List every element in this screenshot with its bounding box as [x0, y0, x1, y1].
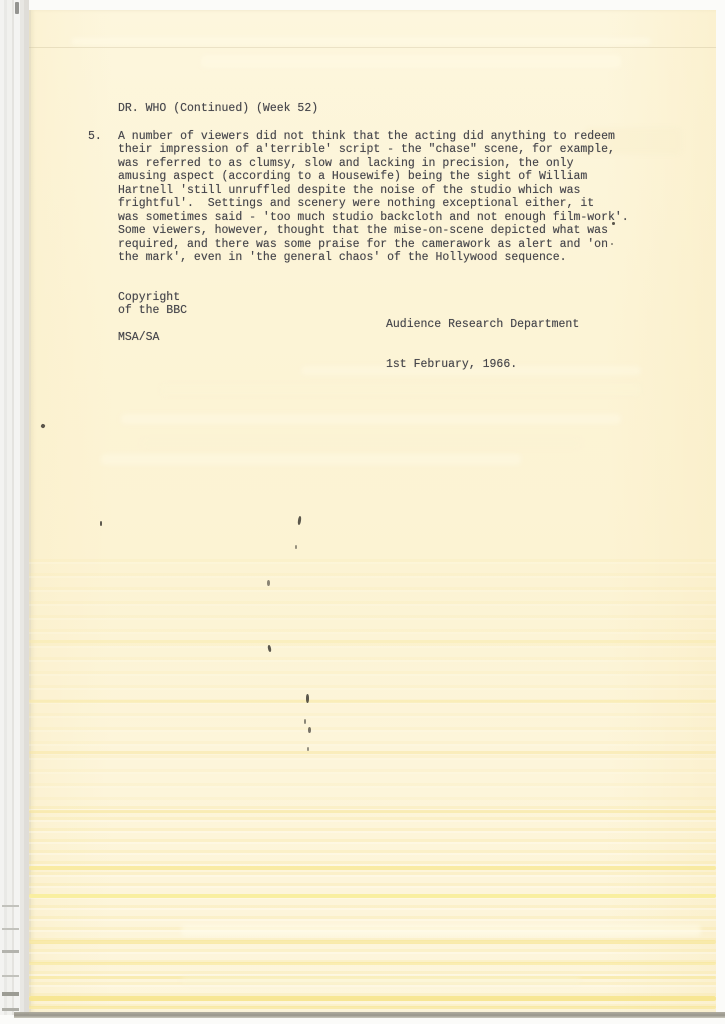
scanned-document-page: DR. WHO (Continued) (Week 52) 5. A numbe…: [0, 0, 725, 1024]
ghost-text-band: [201, 55, 621, 68]
scanner-tick: [2, 928, 19, 930]
ghost-text-band: [101, 454, 521, 465]
ghost-text-band: [121, 414, 621, 424]
ink-speck: [267, 645, 271, 652]
department-block: Audience Research Department 1st Februar…: [386, 291, 579, 399]
scan-streak: [29, 751, 716, 754]
ink-speck: [306, 694, 309, 703]
corner-ink-mark: [15, 2, 19, 14]
text-line: Copyright: [118, 291, 187, 304]
scan-streak: [29, 810, 716, 813]
ink-speck: [267, 580, 270, 586]
paper-crease-line: [29, 47, 716, 48]
ghost-text-band: [71, 38, 651, 45]
ghost-text-band: [141, 439, 581, 448]
ink-speck: [297, 516, 301, 525]
text-line: Some viewers, however, thought that the …: [118, 224, 629, 237]
ink-speck: [295, 545, 297, 549]
scan-streak: [29, 640, 716, 643]
text-line: the mark', even in 'the general chaos' o…: [118, 251, 629, 264]
scan-streak-bright: [29, 996, 716, 1001]
scanner-tick: [2, 950, 19, 953]
ink-speck: [307, 747, 309, 751]
department-name: Audience Research Department: [386, 318, 579, 331]
document-date: 1st February, 1966.: [386, 358, 579, 371]
scan-streak: [29, 700, 716, 703]
text-line: amusing aspect (according to a Housewife…: [118, 170, 629, 183]
scanner-tick: [2, 905, 19, 907]
scanner-tick: [2, 975, 19, 977]
scan-streak-bright: [29, 894, 716, 898]
scanner-tick: [2, 992, 19, 996]
scanner-tick: [2, 1008, 19, 1011]
text-line: was sometimes said - 'too much studio ba…: [118, 211, 629, 224]
scan-streak: [29, 866, 716, 870]
scan-banding-upper: [29, 550, 716, 800]
scanner-left-margin: [0, 0, 29, 1015]
ghost-text-band: [181, 976, 581, 984]
paper-sheet: DR. WHO (Continued) (Week 52) 5. A numbe…: [29, 10, 716, 1013]
ink-speck: [304, 719, 306, 724]
text-line: of the BBC: [118, 304, 187, 317]
document-heading: DR. WHO (Continued) (Week 52): [118, 102, 318, 115]
scan-streak: [29, 940, 716, 944]
copyright-block: Copyrightof the BBC: [118, 291, 187, 318]
typist-initials: MSA/SA: [118, 331, 159, 344]
scan-streak: [29, 962, 716, 965]
paragraph-number: 5.: [88, 130, 102, 143]
scan-streak: [29, 976, 716, 979]
ink-speck: [308, 727, 311, 733]
ink-speck: [40, 423, 45, 428]
text-line: was referred to as clumsy, slow and lack…: [118, 157, 629, 170]
ghost-text-band: [181, 925, 701, 936]
text-line: Hartnell 'still unruffled despite the no…: [118, 184, 629, 197]
text-line: their impression of a'terrible' script -…: [118, 143, 629, 156]
ink-speck: [100, 521, 102, 526]
text-line: required, and there was some praise for …: [118, 238, 629, 251]
text-line: A number of viewers did not think that t…: [118, 130, 629, 143]
scan-banding-lower: [29, 800, 716, 1013]
scan-streak: [29, 1006, 716, 1009]
paragraph-body: A number of viewers did not think that t…: [118, 130, 629, 265]
text-line: frightful'. Settings and scenery were no…: [118, 197, 629, 210]
page-bottom-edge: [14, 1012, 725, 1018]
